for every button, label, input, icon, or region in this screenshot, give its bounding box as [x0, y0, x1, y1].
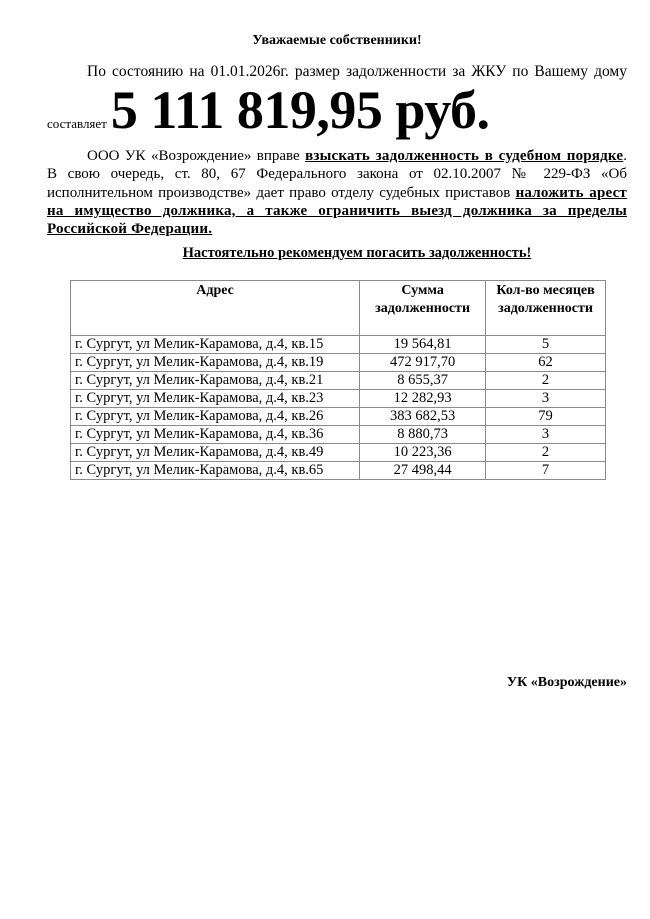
cell-address: г. Сургут, ул Мелик-Карамова, д.4, кв.49	[71, 444, 360, 462]
table-row: г. Сургут, ул Мелик-Карамова, д.4, кв.49…	[71, 444, 606, 462]
cell-sum: 472 917,70	[360, 354, 486, 372]
cell-address: г. Сургут, ул Мелик-Карамова, д.4, кв.26	[71, 408, 360, 426]
cell-address: г. Сургут, ул Мелик-Карамова, д.4, кв.65	[71, 462, 360, 480]
header-address: Адрес	[71, 281, 360, 336]
cell-address: г. Сургут, ул Мелик-Карамова, д.4, кв.19	[71, 354, 360, 372]
cell-sum: 12 282,93	[360, 390, 486, 408]
cell-address: г. Сургут, ул Мелик-Карамова, д.4, кв.36	[71, 426, 360, 444]
paragraph-text-1: ООО УК «Возрождение» вправе	[87, 148, 305, 164]
signature: УК «Возрождение»	[47, 675, 627, 691]
cell-months: 79	[486, 408, 606, 426]
cell-sum: 27 498,44	[360, 462, 486, 480]
cell-sum: 19 564,81	[360, 336, 486, 354]
paragraph-emphasis-1: взыскать задолженность в судебном порядк…	[305, 148, 623, 164]
cell-sum: 383 682,53	[360, 408, 486, 426]
cell-sum: 10 223,36	[360, 444, 486, 462]
header-months: Кол-во месяцев задолженности	[486, 281, 606, 336]
table-body: г. Сургут, ул Мелик-Карамова, д.4, кв.15…	[71, 336, 606, 480]
cell-address: г. Сургут, ул Мелик-Карамова, д.4, кв.23	[71, 390, 360, 408]
intro-text: По состоянию на 01.01.2026г. размер задо…	[47, 63, 627, 81]
legal-paragraph: ООО УК «Возрождение» вправе взыскать зад…	[47, 147, 627, 238]
header-sum: Сумма задолженности	[360, 281, 486, 336]
cell-months: 7	[486, 462, 606, 480]
table-header-row: Адрес Сумма задолженности Кол-во месяцев…	[71, 281, 606, 336]
cell-sum: 8 655,37	[360, 372, 486, 390]
cell-months: 2	[486, 444, 606, 462]
cell-sum: 8 880,73	[360, 426, 486, 444]
cell-address: г. Сургут, ул Мелик-Карамова, д.4, кв.15	[71, 336, 360, 354]
table-row: г. Сургут, ул Мелик-Карамова, д.4, кв.36…	[71, 426, 606, 444]
debts-table: Адрес Сумма задолженности Кол-во месяцев…	[70, 280, 606, 480]
table-row: г. Сургут, ул Мелик-Карамова, д.4, кв.15…	[71, 336, 606, 354]
cell-months: 62	[486, 354, 606, 372]
cell-address: г. Сургут, ул Мелик-Карамова, д.4, кв.21	[71, 372, 360, 390]
cell-months: 2	[486, 372, 606, 390]
table-row: г. Сургут, ул Мелик-Карамова, д.4, кв.23…	[71, 390, 606, 408]
table-row: г. Сургут, ул Мелик-Карамова, д.4, кв.21…	[71, 372, 606, 390]
table-row: г. Сургут, ул Мелик-Карамова, д.4, кв.65…	[71, 462, 606, 480]
greeting-heading: Уважаемые собственники!	[47, 33, 627, 49]
amount-lead-text: составляет	[47, 116, 107, 131]
cell-months: 5	[486, 336, 606, 354]
cell-months: 3	[486, 426, 606, 444]
debt-amount-line: составляет 5 111 819,95 руб.	[47, 82, 627, 138]
recommendation-heading: Настоятельно рекомендуем погасить задолж…	[47, 245, 650, 262]
table-row: г. Сургут, ул Мелик-Карамова, д.4, кв.19…	[71, 354, 606, 372]
cell-months: 3	[486, 390, 606, 408]
total-debt-amount: 5 111 819,95 руб.	[111, 80, 490, 140]
table-row: г. Сургут, ул Мелик-Карамова, д.4, кв.26…	[71, 408, 606, 426]
